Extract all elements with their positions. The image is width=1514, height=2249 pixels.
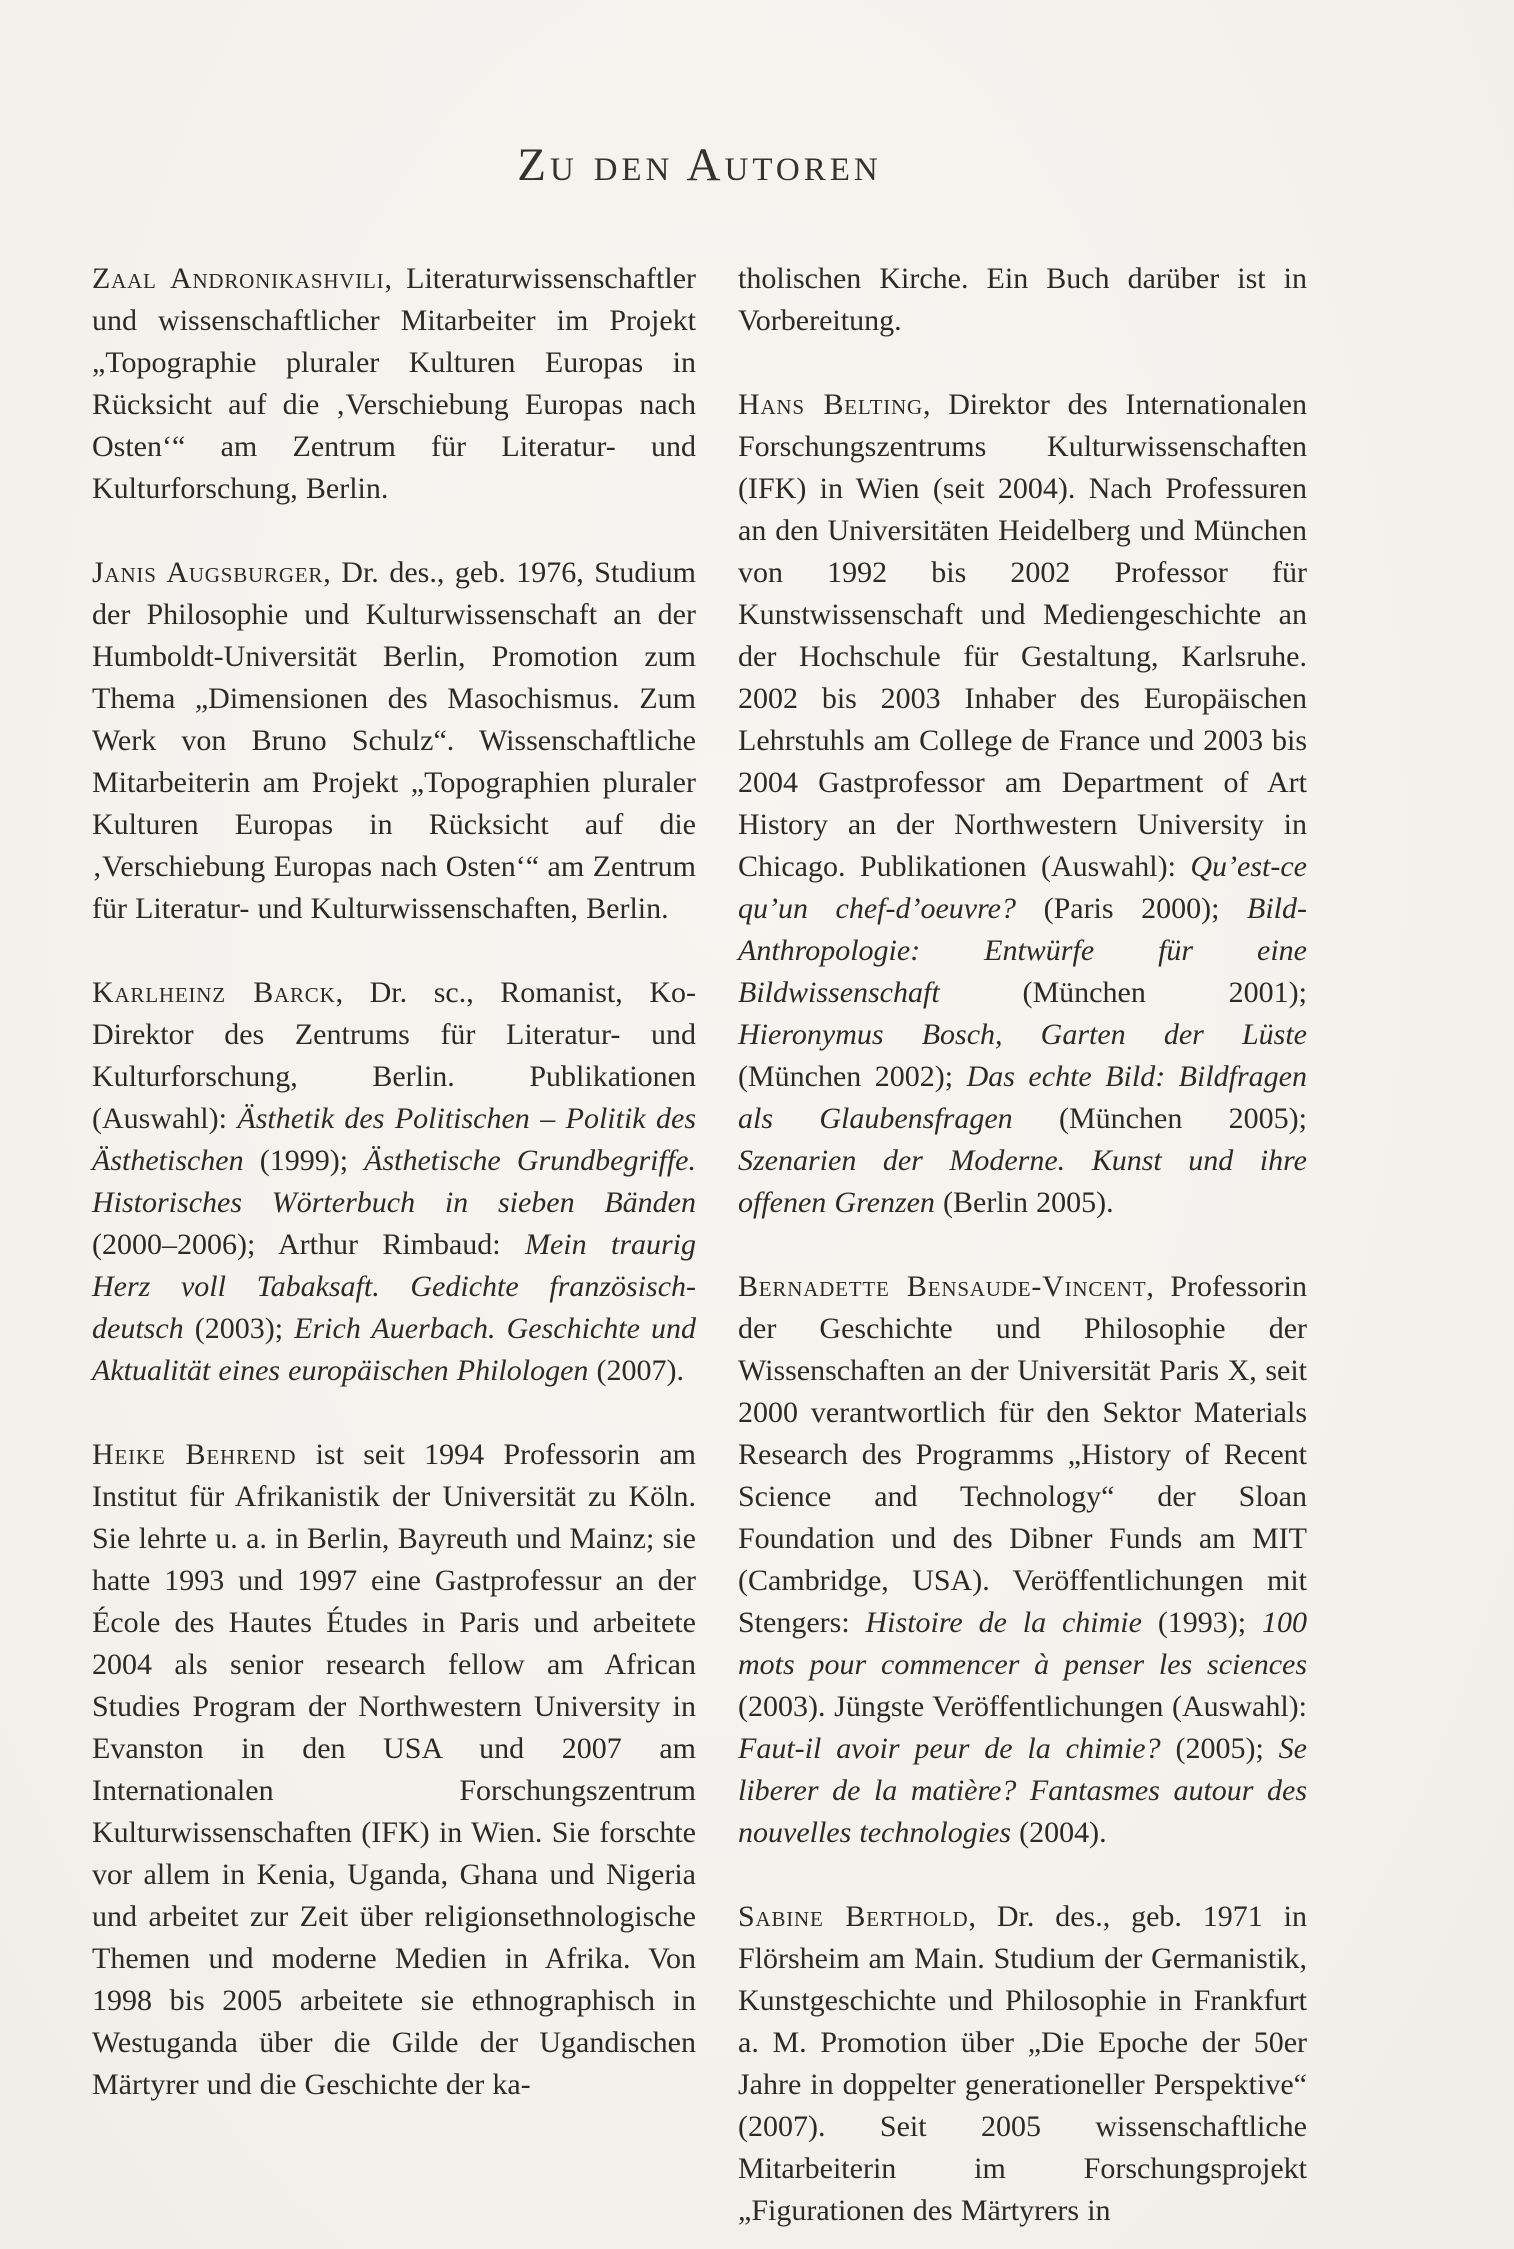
author-name: Zaal Andronikashvili (92, 262, 384, 295)
bio-paragraph: Karlheinz Barck, Dr. sc., Romanist, Ko-D… (92, 972, 696, 1392)
page-title: Zu den Autoren (92, 138, 1307, 192)
column-left: Zaal Andronikashvili, Literaturwissensch… (92, 258, 696, 2232)
author-name: Bernadette Bensaude-Vincent (738, 1270, 1146, 1303)
column-right: tholischen Kirche. Ein Buch darüber ist … (738, 258, 1307, 2232)
bio-text: tholischen Kirche. Ein Buch darüber ist … (738, 262, 1307, 337)
bio-text: (1993); (1142, 1606, 1262, 1639)
author-name: Heike Behrend (92, 1438, 296, 1471)
bio-text: (Paris 2000); (1016, 892, 1247, 925)
bio-text: (München 2005); (1013, 1102, 1307, 1135)
text-columns: Zaal Andronikashvili, Literaturwissensch… (92, 258, 1307, 2232)
author-name: Hans Belting (738, 388, 923, 421)
bio-paragraph: tholischen Kirche. Ein Buch darüber ist … (738, 258, 1307, 342)
bio-text: ist seit 1994 Professorin am Institut fü… (92, 1438, 696, 2101)
author-name: Janis Augsburger (92, 556, 323, 589)
bio-text: (2003); (184, 1312, 295, 1345)
bio-text: (2000–2006); Arthur Rimbaud: (92, 1228, 525, 1261)
bio-paragraph: Janis Augsburger, Dr. des., geb. 1976, S… (92, 552, 696, 930)
bio-text: , Professorin der Geschichte und Philoso… (738, 1270, 1307, 1639)
bio-text: (2004). (1011, 1816, 1107, 1849)
bio-text: (2003). Jüngste Veröffentlichungen (Ausw… (738, 1690, 1307, 1723)
bio-text: (1999); (244, 1144, 364, 1177)
bio-text: , Dr. des., geb. 1971 in Flörsheim am Ma… (738, 1900, 1307, 2227)
bio-text: (München 2001); (940, 976, 1307, 1009)
bio-paragraph: Hans Belting, Direktor des International… (738, 384, 1307, 1224)
bio-paragraph: Heike Behrend ist seit 1994 Professorin … (92, 1434, 696, 2106)
bio-text: , Dr. des., geb. 1976, Studium der Philo… (92, 556, 696, 925)
publication-title: Histoire de la chimie (866, 1606, 1142, 1639)
bio-text: (Berlin 2005). (935, 1186, 1114, 1219)
publication-title: Faut-il avoir peur de la chimie? (738, 1732, 1161, 1765)
bio-text: (2007). (588, 1354, 684, 1387)
bio-text: (München 2002); (738, 1060, 967, 1093)
bio-text: , Literaturwissenschaftler und wissensch… (92, 262, 696, 505)
bio-paragraph: Sabine Berthold, Dr. des., geb. 1971 in … (738, 1896, 1307, 2232)
bio-paragraph: Bernadette Bensaude-Vincent, Professorin… (738, 1266, 1307, 1854)
bio-text: , Direktor des Internationalen Forschung… (738, 388, 1307, 883)
bio-text: (2005); (1161, 1732, 1279, 1765)
author-name: Karlheinz Barck (92, 976, 336, 1009)
bio-paragraph: Zaal Andronikashvili, Literaturwissensch… (92, 258, 696, 510)
author-name: Sabine Berthold (738, 1900, 968, 1933)
publication-title: Hieronymus Bosch, Garten der Lüste (738, 1018, 1307, 1051)
book-page: Zu den Autoren Zaal Andronikashvili, Lit… (0, 0, 1514, 2249)
